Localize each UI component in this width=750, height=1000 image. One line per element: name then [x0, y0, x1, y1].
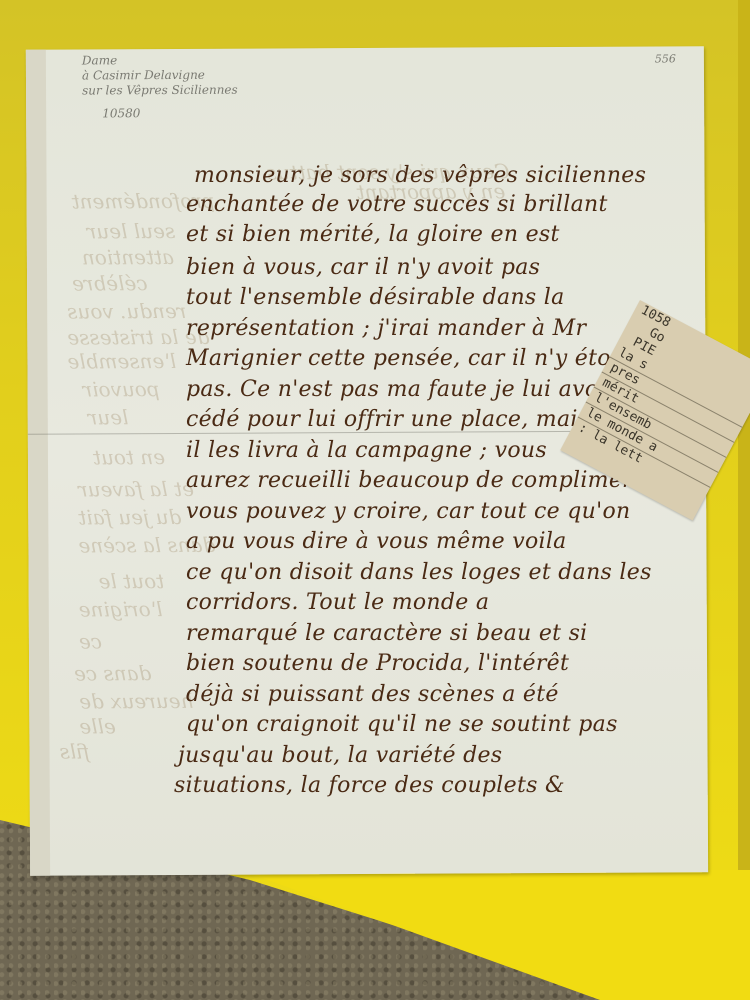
pencil-line-1: Dame — [82, 53, 238, 69]
folio-number: 556 — [655, 52, 676, 65]
pencil-annotation: Dame à Casimir Delavigne sur les Vêpres … — [82, 53, 238, 122]
yellow-card-edge — [738, 0, 750, 1000]
catalog-number: 10580 — [102, 106, 238, 122]
pencil-line-2: à Casimir Delavigne — [82, 68, 238, 84]
pencil-line-3: sur les Vêpres Siciliennes — [82, 83, 238, 99]
letter-body: monsieur, je sors des vêpres siciliennes… — [158, 158, 658, 805]
letter-line: situations, la force des couplets & — [174, 768, 658, 805]
paper-binding-edge — [26, 50, 50, 876]
